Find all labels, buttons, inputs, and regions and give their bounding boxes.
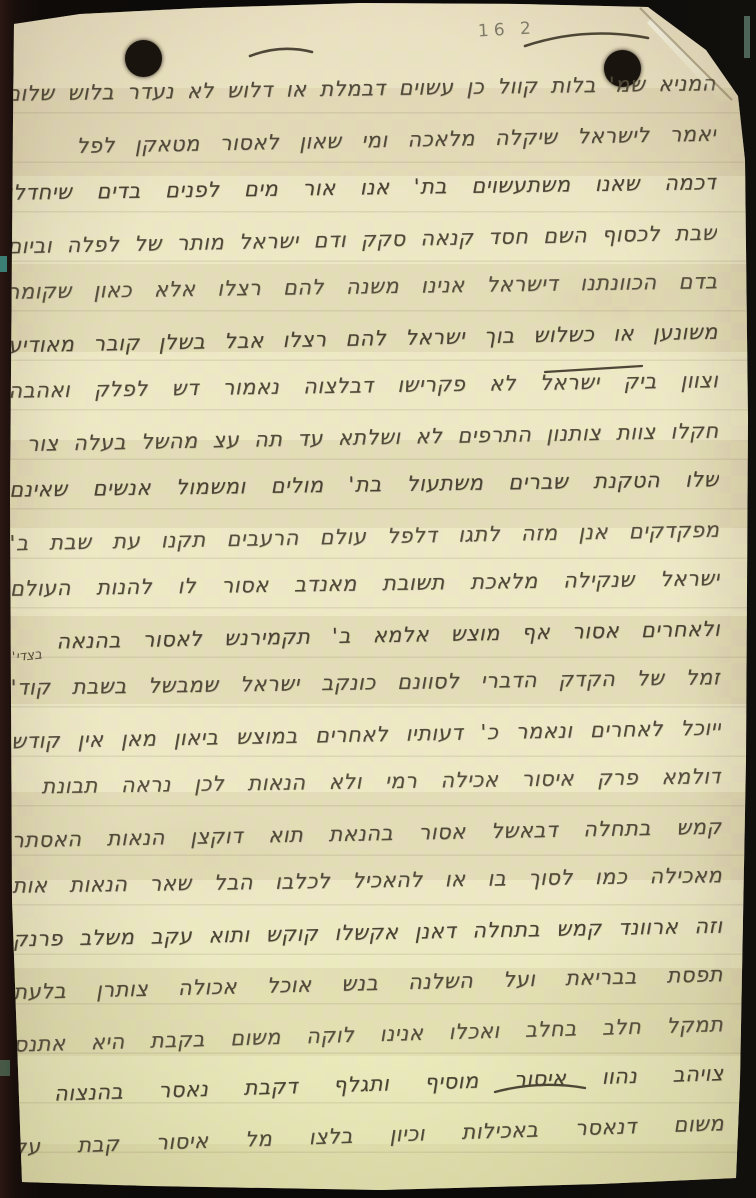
edge-vignette xyxy=(0,0,756,1198)
manuscript-page: 16 2 המניא שמ' בלות קוול כן עשוים דבמלת … xyxy=(0,0,756,1198)
scan-color-fringe xyxy=(0,1060,10,1076)
scan-color-fringe xyxy=(0,256,7,272)
scan-color-fringe xyxy=(744,16,750,58)
